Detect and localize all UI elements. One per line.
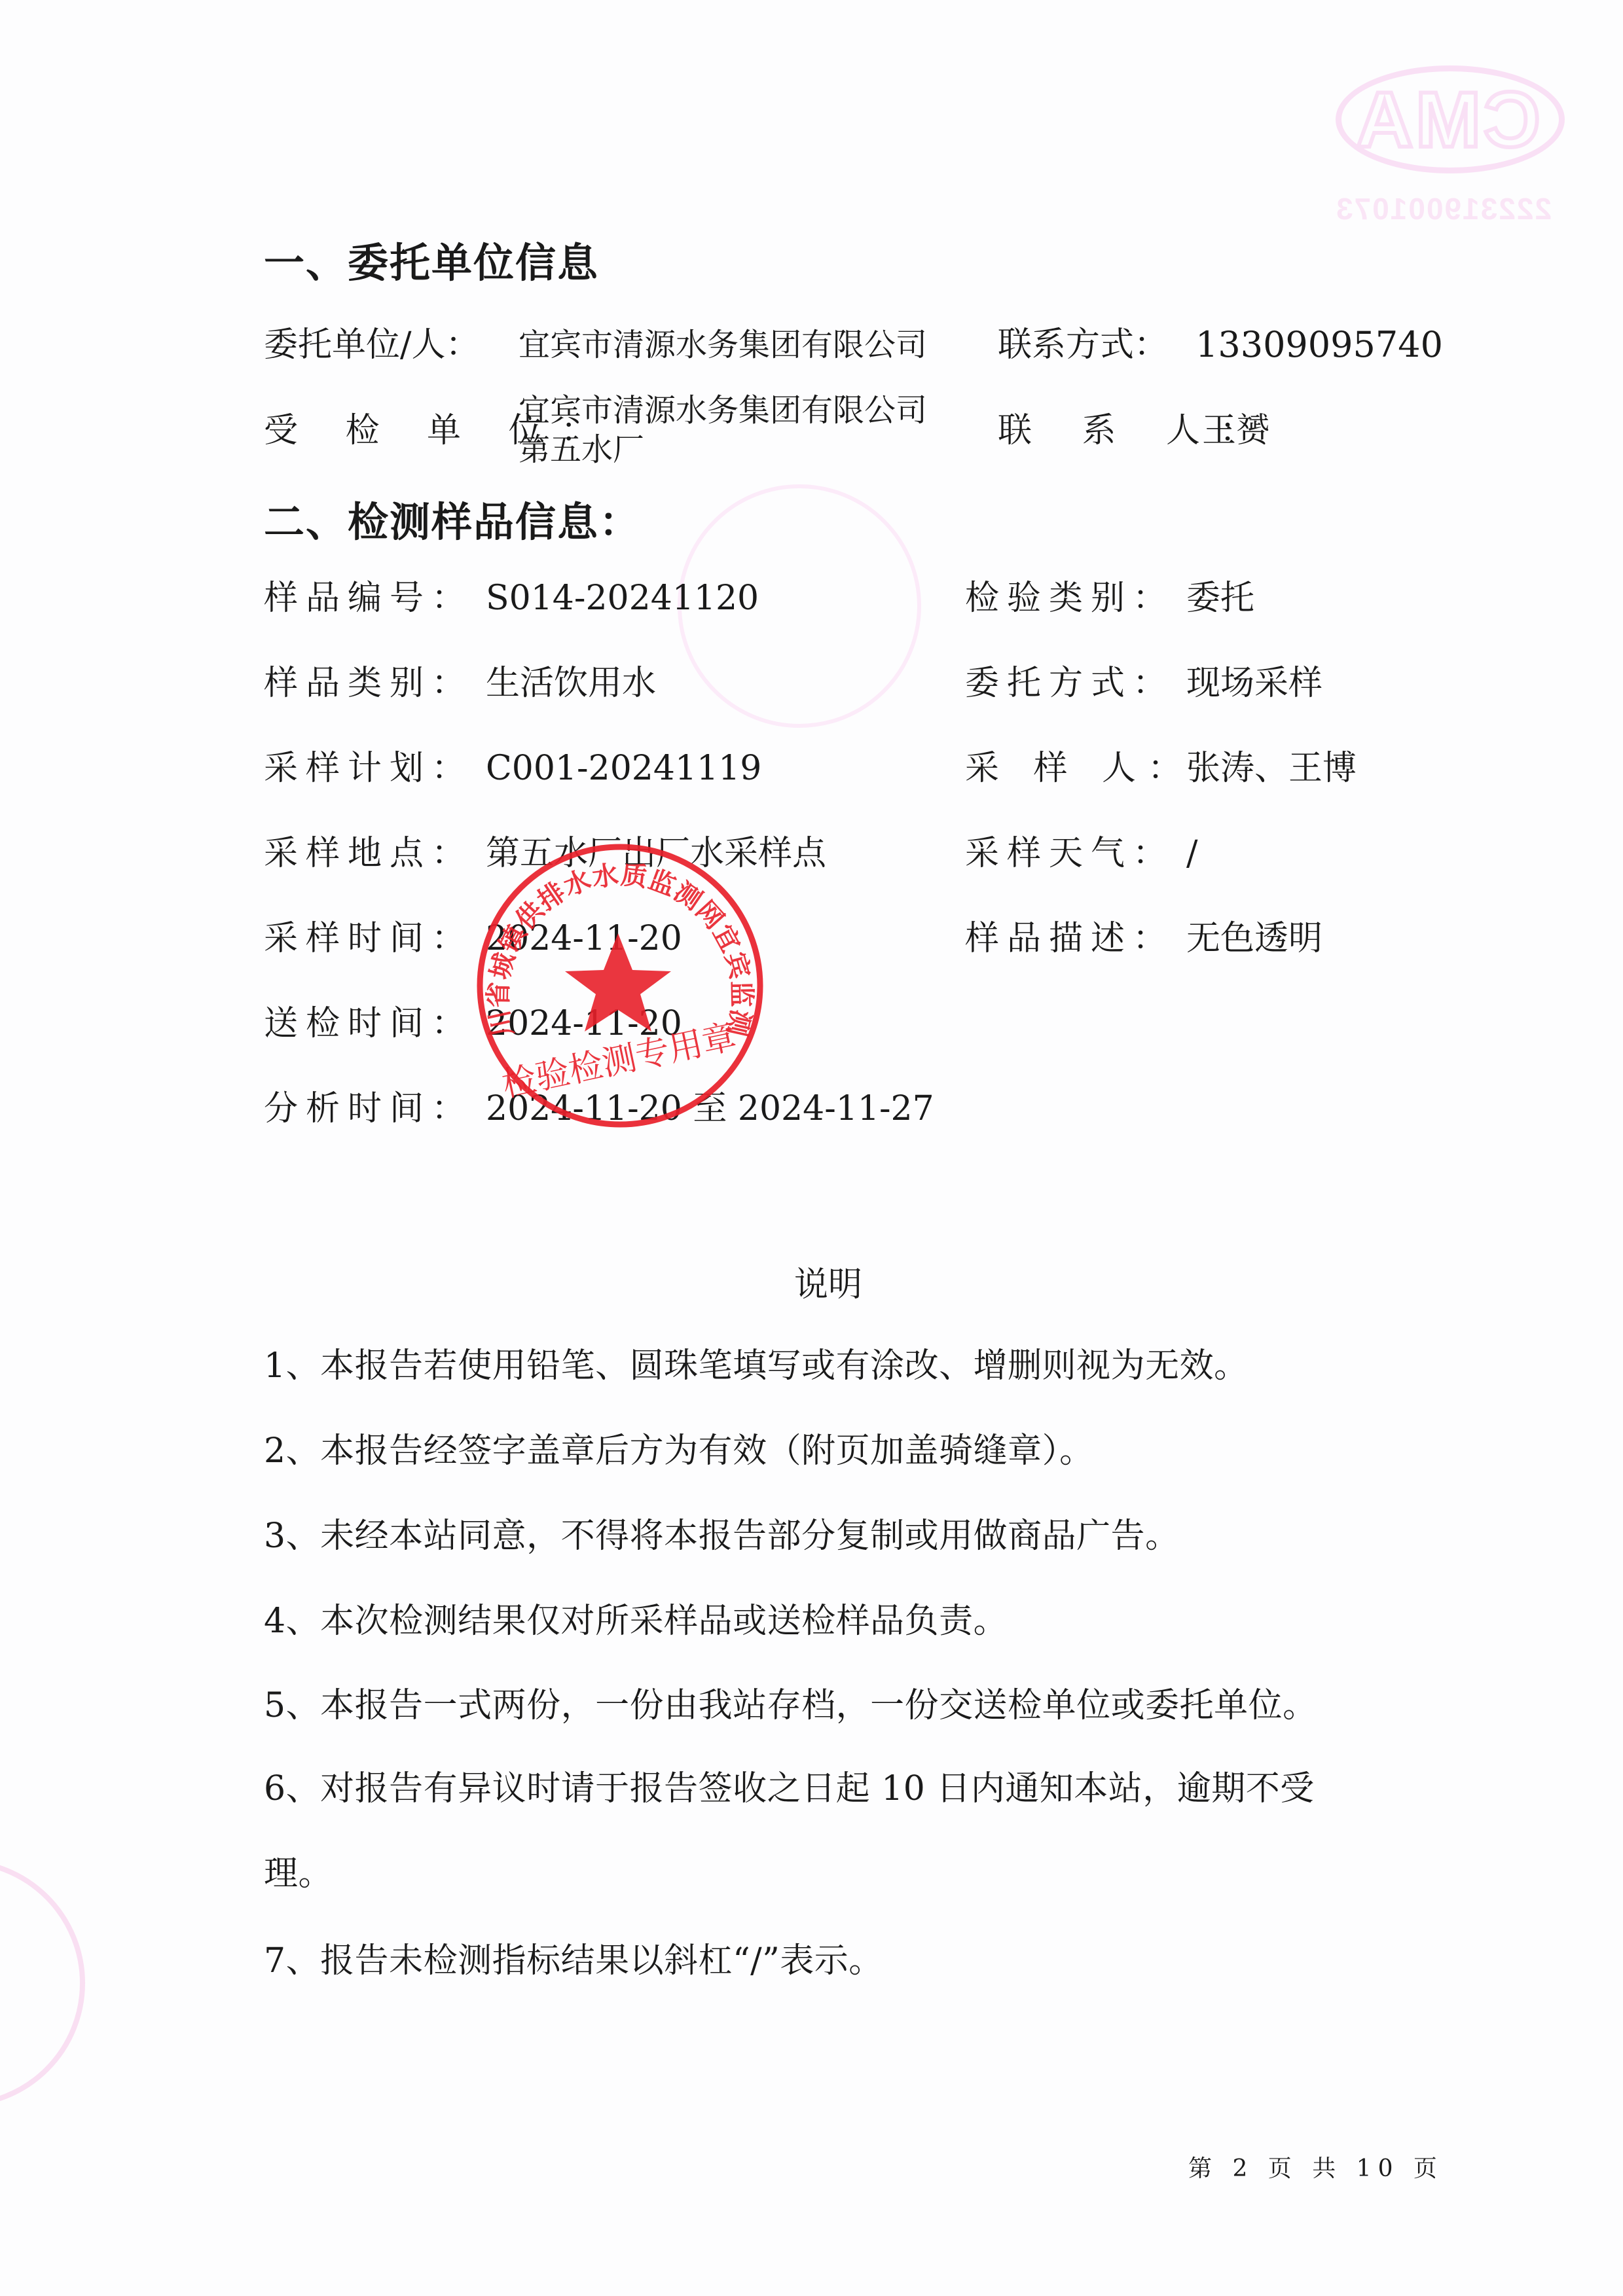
- contact-method-value: 13309095740: [1195, 325, 1443, 365]
- sample-id-value: S014-20241120: [486, 579, 759, 618]
- note-item: 4、本次检测结果仅对所采样品或送检样品负责。: [264, 1602, 1008, 1641]
- note-item: 5、本报告一式两份，一份由我站存档，一份交送检单位或委托单位。: [264, 1686, 1317, 1725]
- inspection-type-label: 检验类别：: [965, 579, 1175, 618]
- sample-description-label: 样品描述：: [965, 919, 1175, 958]
- analysis-time-label: 分析时间：: [264, 1089, 473, 1128]
- sampler-label: 采 样 人：: [965, 749, 1194, 788]
- inspected-value-line1: 宜宾市清源水务集团有限公司: [519, 391, 927, 430]
- seal-icon: 四川省城镇供排水水质监测网宜宾监测站 检验检测专用章: [475, 842, 765, 1130]
- page-number: 第 2 页 共 10 页: [1188, 2150, 1444, 2183]
- note-item: 1、本报告若使用铅笔、圆珠笔填写或有涂改、增删则视为无效。: [264, 1346, 1249, 1386]
- sample-id-label: 样品编号：: [264, 579, 473, 618]
- client-value: 宜宾市清源水务集团有限公司: [519, 325, 927, 365]
- inspected-value-line2: 第五水厂: [519, 430, 644, 469]
- edge-seal-icon: [0, 1859, 85, 2108]
- submission-time-label: 送检时间：: [264, 1004, 473, 1043]
- sampling-location-value: 第五水厂出厂水采样点: [486, 834, 826, 873]
- note-item: 理。: [264, 1854, 333, 1893]
- client-label: 委托单位/人：: [264, 325, 480, 365]
- report-page: CMA 222319001073 一、委托单位信息 委托单位/人： 宜宾市清源水…: [0, 0, 1623, 2296]
- contact-method-label: 联系方式：: [998, 325, 1168, 365]
- sampling-location-label: 采样地点：: [264, 834, 473, 873]
- inspection-type-value: 委托: [1186, 579, 1254, 618]
- sampling-weather-label: 采样天气：: [965, 834, 1175, 873]
- sample-category-value: 生活饮用水: [486, 664, 656, 703]
- cma-watermark: CMA 222319001073: [1329, 65, 1565, 196]
- note-item: 2、本报告经签字盖章后方为有效（附页加盖骑缝章）。: [264, 1431, 1094, 1471]
- section1-title: 一、委托单位信息: [264, 230, 599, 289]
- notes-title: 说明: [794, 1257, 862, 1306]
- section2-title: 二、检测样品信息：: [264, 490, 641, 548]
- sampling-time-label: 采样时间：: [264, 919, 473, 958]
- sampling-weather-value: /: [1186, 834, 1198, 873]
- cma-letters: CMA: [1349, 75, 1545, 165]
- sample-description-value: 无色透明: [1186, 919, 1322, 958]
- note-item: 6、对报告有异议时请于报告签收之日起 10 日内通知本站，逾期不受: [264, 1769, 1315, 1808]
- note-item: 3、未经本站同意，不得将本报告部分复制或用做商品广告。: [264, 1516, 1180, 1556]
- cma-number: 222319001073: [1335, 191, 1552, 226]
- sampling-plan-value: C001-20241119: [486, 749, 761, 788]
- note-item: 7、报告未检测指标结果以斜杠“/”表示。: [264, 1941, 883, 1981]
- contact-person-value: 王赟: [1202, 411, 1270, 450]
- official-seal: 四川省城镇供排水水质监测网宜宾监测站 检验检测专用章: [475, 842, 765, 1130]
- submission-time-value: 2024-11-20: [486, 1004, 682, 1043]
- sampling-time-value: 2024-11-20: [486, 919, 682, 958]
- sampling-plan-label: 采样计划：: [264, 749, 473, 788]
- commission-method-value: 现场采样: [1186, 664, 1322, 703]
- commission-method-label: 委托方式：: [965, 664, 1175, 703]
- sampler-value: 张涛、王博: [1186, 749, 1357, 788]
- analysis-time-value: 2024-11-20 至 2024-11-27: [486, 1089, 934, 1128]
- sample-category-label: 样品类别：: [264, 664, 473, 703]
